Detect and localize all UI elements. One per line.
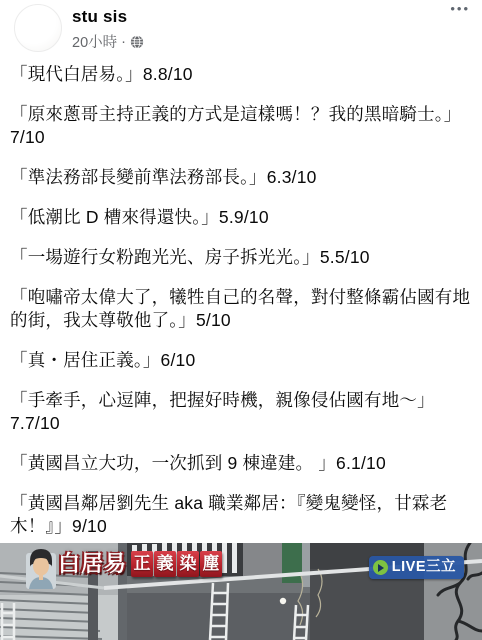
banner-title-red: 正 義 染 塵 xyxy=(130,551,222,577)
post-paragraph: 「低潮比 D 槽來得還快。」5.9/10 xyxy=(10,206,472,229)
post-body: 「現代白居易。」8.8/10 「原來蔥哥主持正義的方式是這樣嗎！？我的黑暗騎士。… xyxy=(0,56,482,538)
banner-title-white: 白居易 xyxy=(58,546,127,582)
post-photo[interactable]: 白居易 正 義 染 塵 LIVE三立 xyxy=(0,543,482,640)
post-meta: 20小時 · xyxy=(72,31,144,52)
author-name[interactable]: stu sis xyxy=(72,7,144,27)
banner-red-char: 塵 xyxy=(200,551,222,577)
more-options-button[interactable]: ••• xyxy=(450,2,470,16)
banner-red-char: 正 xyxy=(131,551,153,577)
meta-separator: · xyxy=(121,34,126,50)
post-paragraph: 「咆嘯帝太偉大了，犧牲自己的名聲，對付整條霸佔國有地的街，我太尊敬他了。」5/1… xyxy=(10,286,472,332)
post-paragraph: 「準法務部長變前準法務部長。」6.3/10 xyxy=(10,166,472,189)
post-paragraph: 「黃國昌鄰居劉先生 aka 職業鄰居：『變鬼變怪，甘霖老木！』」9/10 xyxy=(10,492,472,538)
avatar[interactable] xyxy=(14,4,62,52)
live-watermark-label: LIVE三立 xyxy=(392,556,456,579)
header-info: stu sis 20小時 · xyxy=(72,4,144,56)
news-title-banner: 白居易 正 義 染 塵 xyxy=(26,546,222,589)
post-paragraph: 「黃國昌立大功，一次抓到 9 棟違建。 」6.1/10 xyxy=(10,452,472,475)
post-paragraph: 「原來蔥哥主持正義的方式是這樣嗎！？我的黑暗騎士。」7/10 xyxy=(10,103,472,149)
banner-red-char: 染 xyxy=(177,551,199,577)
timestamp[interactable]: 20小時 xyxy=(72,31,117,52)
live-watermark: LIVE三立 xyxy=(369,556,464,579)
post-header: stu sis 20小時 · ••• xyxy=(0,0,482,56)
post-paragraph: 「真・居住正義。」6/10 xyxy=(10,349,472,372)
post-paragraph: 「現代白居易。」8.8/10 xyxy=(10,63,472,86)
post-paragraph: 「一場遊行女粉跑光光、房子拆光光。」5.5/10 xyxy=(10,246,472,269)
banner-red-char: 義 xyxy=(154,551,176,577)
globe-icon xyxy=(130,35,144,49)
play-icon xyxy=(373,560,388,575)
anchor-face-photo xyxy=(26,547,56,589)
post-paragraph: 「手牽手，心逗陣，把握好時機，親像侵佔國有地～」7.7/10 xyxy=(10,389,472,435)
